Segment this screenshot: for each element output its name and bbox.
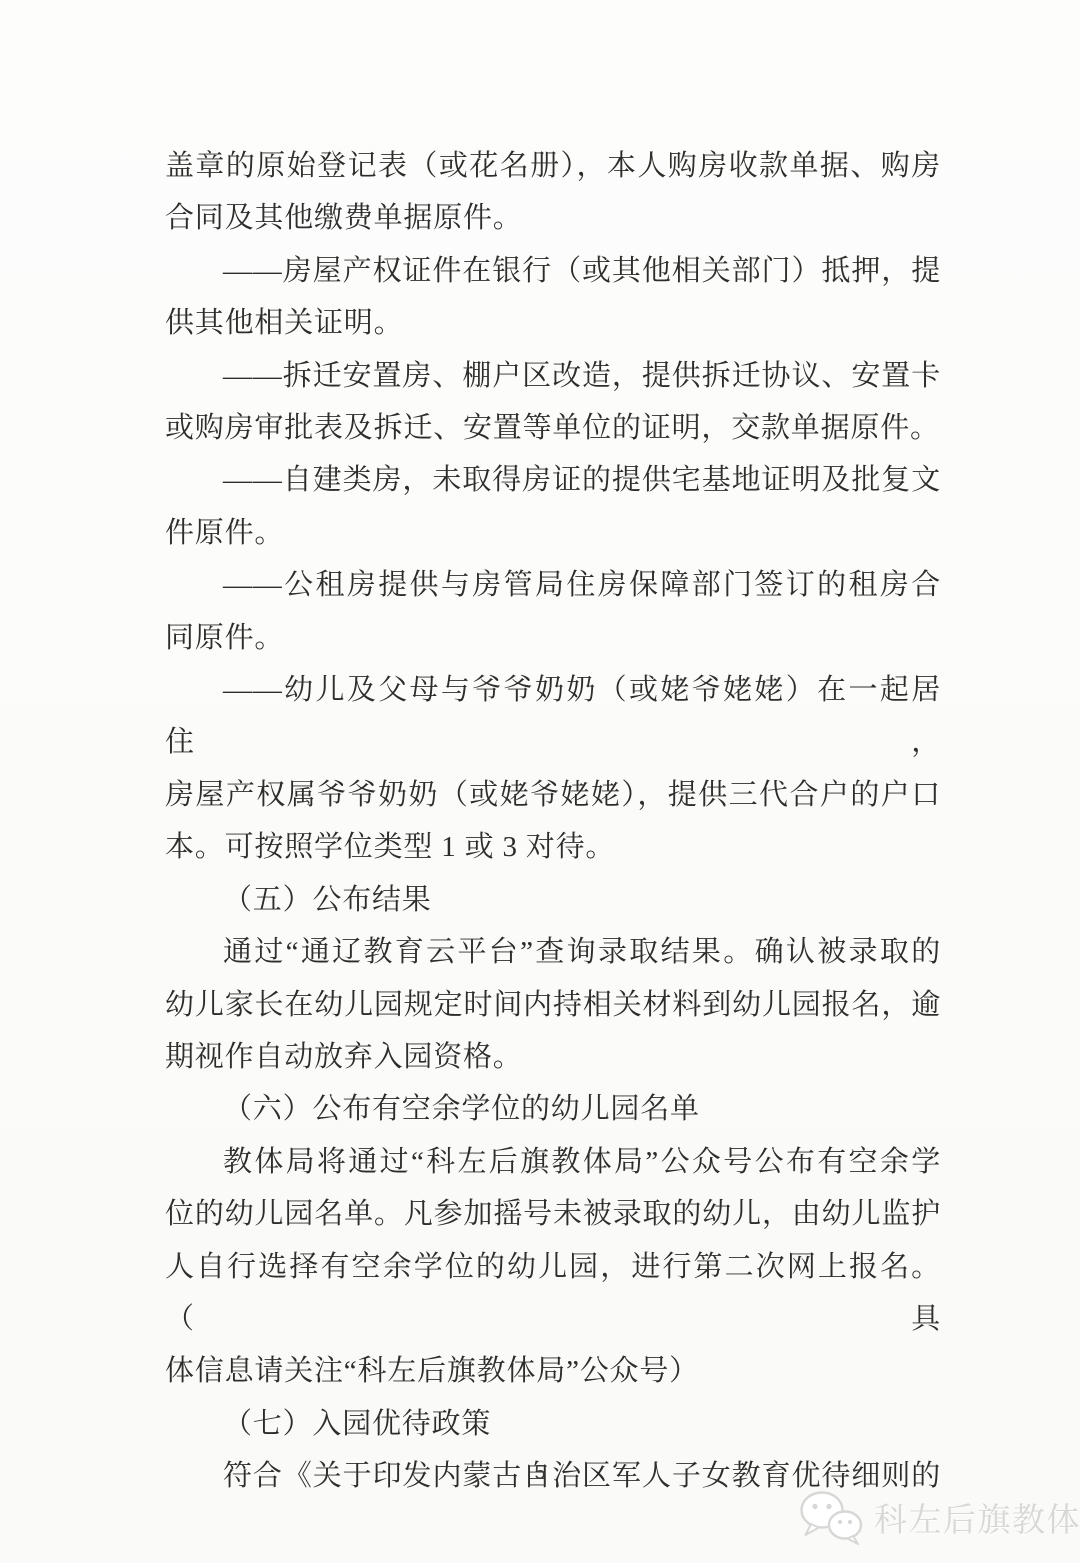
text-line: ——拆迁安置房、棚户区改造，提供拆迁协议、安置卡 xyxy=(165,350,941,402)
text-line: 体信息请关注“科左后旗教体局”公众号） xyxy=(165,1345,941,1397)
text-line: 位的幼儿园名单。凡参加摇号未被录取的幼儿，由幼儿监护 xyxy=(165,1188,941,1240)
watermark-label: 科左后旗教体局 xyxy=(874,1494,1080,1541)
text-line: 或购房审批表及拆迁、安置等单位的证明，交款单据原件。 xyxy=(165,402,941,454)
wechat-watermark: 科左后旗教体局 xyxy=(798,1489,1080,1545)
wechat-icon xyxy=(798,1489,864,1545)
text-line: （七）入园优待政策 xyxy=(165,1398,941,1450)
text-line: ——房屋产权证件在银行（或其他相关部门）抵押，提 xyxy=(165,245,941,297)
text-line: 合同及其他缴费单据原件。 xyxy=(165,192,941,244)
text-line: 人自行选择有空余学位的幼儿园，进行第二次网上报名。（具 xyxy=(165,1241,941,1346)
text-line: 本。可按照学位类型 1 或 3 对待。 xyxy=(165,821,941,873)
text-line: （六）公布有空余学位的幼儿园名单 xyxy=(165,1083,941,1135)
text-line: （五）公布结果 xyxy=(165,874,941,926)
text-line: 期视作自动放弃入园资格。 xyxy=(165,1031,941,1083)
text-line: ——公租房提供与房管局住房保障部门签订的租房合 xyxy=(165,559,941,611)
text-line: ——幼儿及父母与爷爷奶奶（或姥爷姥姥）在一起居住， xyxy=(165,664,941,769)
text-line: 通过“通辽教育云平台”查询录取结果。确认被录取的 xyxy=(165,926,941,978)
page-number: 5 xyxy=(0,1462,1080,1485)
text-line: 供其他相关证明。 xyxy=(165,297,941,349)
text-line: 教体局将通过“科左后旗教体局”公众号公布有空余学 xyxy=(165,1136,941,1188)
text-line: 件原件。 xyxy=(165,507,941,559)
text-line: 同原件。 xyxy=(165,612,941,664)
text-line: 房屋产权属爷爷奶奶（或姥爷姥姥），提供三代合户的户口 xyxy=(165,769,941,821)
text-line: 幼儿家长在幼儿园规定时间内持相关材料到幼儿园报名，逾 xyxy=(165,979,941,1031)
text-line: 盖章的原始登记表（或花名册），本人购房收款单据、购房 xyxy=(165,140,941,192)
text-line: ——自建类房，未取得房证的提供宅基地证明及批复文 xyxy=(165,454,941,506)
document-body: 盖章的原始登记表（或花名册），本人购房收款单据、购房合同及其他缴费单据原件。——… xyxy=(165,140,941,1503)
document-page: 盖章的原始登记表（或花名册），本人购房收款单据、购房合同及其他缴费单据原件。——… xyxy=(0,0,1080,1563)
